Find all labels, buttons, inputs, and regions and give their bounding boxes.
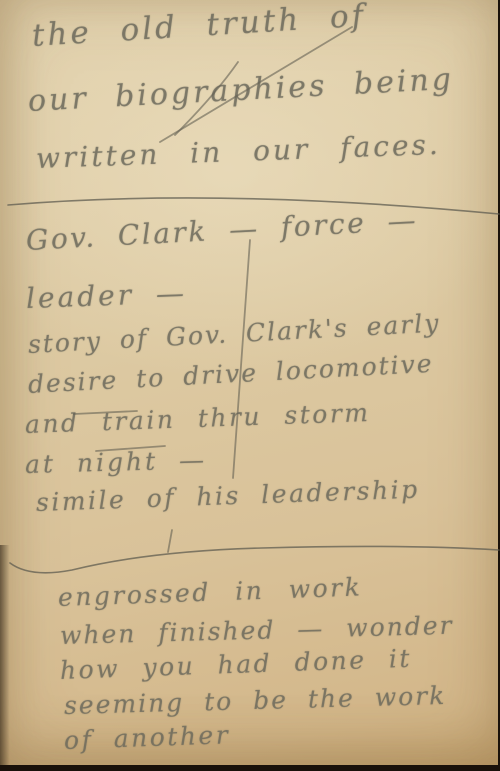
handwritten-line: leader — [25, 276, 187, 315]
handwritten-line: of another [63, 720, 230, 755]
notebook-page-photo: the old truth of our biographies being w… [0, 0, 500, 771]
handwritten-line: at night — [25, 445, 208, 479]
